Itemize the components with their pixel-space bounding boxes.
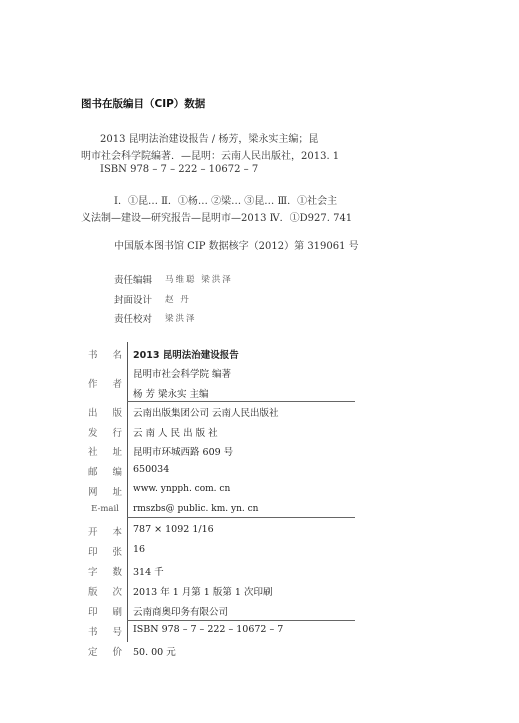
row-value-format: 787 × 1092 1/16: [133, 524, 214, 535]
table-rule-3: [127, 620, 355, 621]
row-label-wordcount: 字数: [88, 564, 122, 578]
row-label-title: 书名: [88, 347, 122, 361]
cip-line-5: 义法制—建设—研究报告—昆明市—2013 Ⅳ．①D927. 741: [81, 209, 352, 224]
staff-cover-value: 赵 丹: [165, 293, 191, 305]
row-label-isbn: 书号: [88, 624, 122, 638]
cip-title: 图书在版编目（CIP）数据: [81, 96, 205, 111]
cip-line-4: Ⅰ．①昆… Ⅱ．①杨… ②梁… ③昆… Ⅲ．①社会主: [114, 192, 337, 207]
row-label-website: 网址: [88, 484, 122, 498]
row-label-email: E-mail: [88, 504, 122, 514]
label-char: 本: [112, 524, 122, 538]
cip-line-6: 中国版本图书馆 CIP 数据核字（2012）第 319061 号: [114, 237, 359, 252]
label-char: E-mail: [91, 504, 119, 514]
row-value-address: 昆明市环城西路 609 号: [133, 444, 233, 458]
row-value-postcode: 650034: [133, 464, 169, 475]
staff-proof-label: 责任校对: [114, 311, 152, 325]
label-char: 号: [112, 624, 122, 638]
row-label-author: 作者: [88, 376, 122, 390]
row-value-website: www. ynpph. com. cn: [133, 484, 230, 494]
row-value-publisher: 云南出版集团公司 云南人民出版社: [133, 405, 279, 419]
staff-cover-label: 封面设计: [114, 292, 152, 306]
label-char: 址: [112, 444, 122, 458]
row-value-distributor: 云 南 人 民 出 版 社: [133, 425, 218, 439]
label-char: 出: [88, 405, 98, 419]
row-value-edition: 2013 年 1 月第 1 版第 1 次印刷: [133, 584, 272, 598]
row-value-price: 50. 00 元: [133, 644, 176, 658]
staff-proof-value: 梁洪泽: [165, 312, 197, 324]
row-label-publisher: 出版: [88, 405, 122, 419]
staff-editor-value: 马维聪 梁洪泽: [165, 273, 233, 285]
label-char: 价: [112, 644, 122, 658]
label-char: 邮: [88, 464, 98, 478]
label-char: 者: [112, 376, 122, 390]
table-vertical-rule: [127, 342, 128, 642]
staff-editor-label: 责任编辑: [114, 272, 152, 286]
label-char: 数: [112, 564, 122, 578]
row-value-author-2: 杨 芳 梁永实 主编: [133, 386, 209, 400]
table-rule-1: [127, 401, 355, 402]
row-label-price: 定价: [88, 644, 122, 658]
label-char: 刷: [112, 604, 122, 618]
label-char: 名: [112, 347, 122, 361]
row-value-isbn: ISBN 978 – 7 – 222 – 10672 – 7: [133, 624, 283, 635]
cip-line-1: 2013 昆明法治建设报告 / 杨芳，梁永实主编；昆: [100, 130, 318, 145]
label-char: 次: [112, 584, 122, 598]
label-char: 印: [88, 544, 98, 558]
row-value-wordcount: 314 千: [133, 564, 164, 578]
label-char: 版: [112, 405, 122, 419]
label-char: 张: [112, 544, 122, 558]
label-char: 编: [112, 464, 122, 478]
row-value-title: 2013 昆明法治建设报告: [133, 347, 239, 361]
label-char: 网: [88, 484, 98, 498]
row-label-address: 社址: [88, 444, 122, 458]
row-label-edition: 版次: [88, 584, 122, 598]
label-char: 发: [88, 425, 98, 439]
label-char: 址: [112, 484, 122, 498]
row-label-format: 开本: [88, 524, 122, 538]
label-char: 行: [112, 425, 122, 439]
table-rule-2: [127, 517, 355, 518]
label-char: 作: [88, 376, 98, 390]
label-char: 书: [88, 624, 98, 638]
row-value-printer: 云南商奥印务有限公司: [133, 604, 228, 618]
cip-line-3: ISBN 978 – 7 – 222 – 10672 – 7: [100, 164, 258, 175]
label-char: 字: [88, 564, 98, 578]
cip-line-2: 明市社会科学院编著．—昆明：云南人民出版社，2013. 1: [81, 147, 339, 162]
label-char: 社: [88, 444, 98, 458]
row-label-postcode: 邮编: [88, 464, 122, 478]
row-label-distributor: 发行: [88, 425, 122, 439]
row-value-email: rmszbs@ public. km. yn. cn: [133, 504, 258, 514]
row-label-printer: 印刷: [88, 604, 122, 618]
row-label-sheets: 印张: [88, 544, 122, 558]
label-char: 开: [88, 524, 98, 538]
label-char: 书: [88, 347, 98, 361]
row-value-author-1: 昆明市社会科学院 编著: [133, 366, 231, 380]
label-char: 版: [88, 584, 98, 598]
label-char: 定: [88, 644, 98, 658]
label-char: 印: [88, 604, 98, 618]
row-value-sheets: 16: [133, 544, 145, 555]
